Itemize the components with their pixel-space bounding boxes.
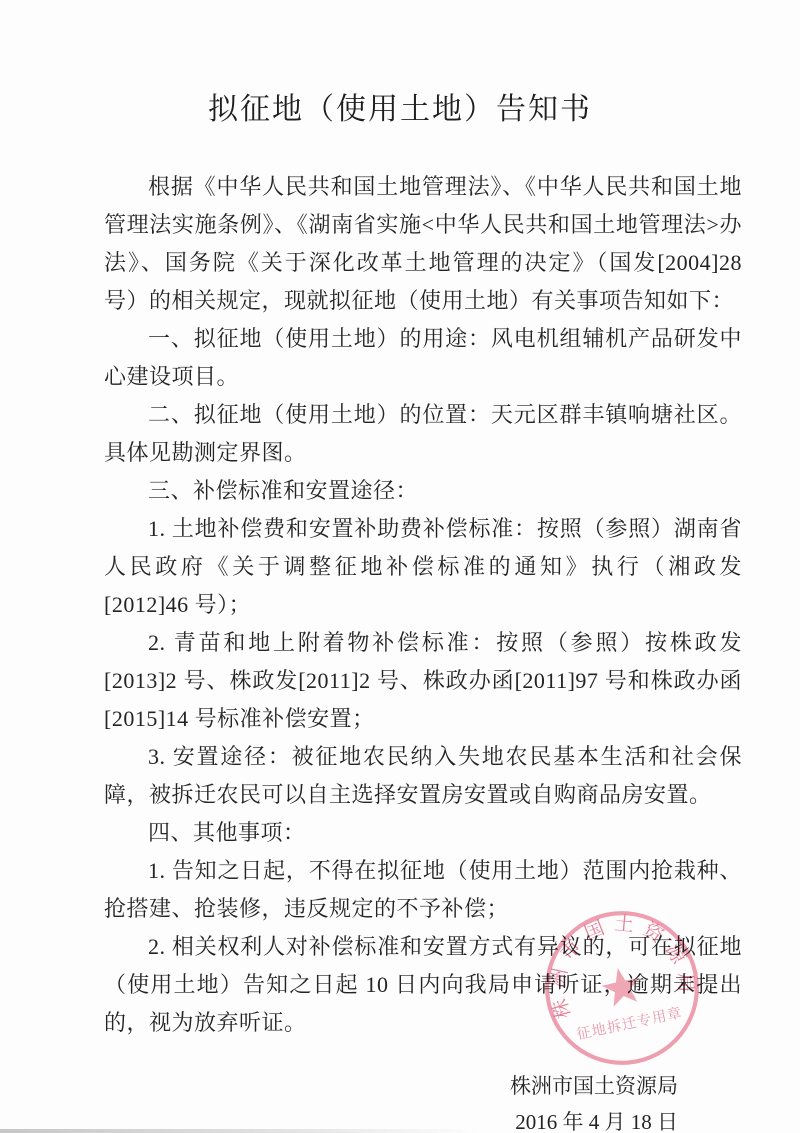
seal-bottom-text: 征地拆迁专用章 [575,1003,684,1043]
paragraph-compensation-item3: 3. 安置途径：被征地农民纳入失地农民基本生活和社会保障，被拆迁农民可以自主选择… [104,738,742,814]
document-page: 拟征地（使用土地）告知书 根据《中华人民共和国土地管理法》、《中华人民共和国土地… [0,0,800,1133]
official-seal: 株洲市国土资源局 征地拆迁专用章 [525,891,720,1086]
paragraph-compensation-heading: 三、补偿标准和安置途径： [104,472,742,510]
paragraph-compensation-item1: 1. 土地补偿费和安置补助费补偿标准：按照（参照）湖南省人民政府《关于调整征地补… [104,510,742,624]
signature-block: 株洲市国土资源局 2016 年 4 月 18 日 [0,1068,800,1133]
scan-edge-artifact [0,1129,480,1133]
seal-star-icon [599,964,645,1008]
document-title: 拟征地（使用土地）告知书 [0,0,800,134]
paragraph-purpose: 一、拟征地（使用土地）的用途：风电机组辅机产品研发中心建设项目。 [104,320,742,396]
paragraph-other-heading: 四、其他事项： [104,814,742,852]
paragraph-legal-basis: 根据《中华人民共和国土地管理法》、《中华人民共和国土地管理法实施条例》、《湖南省… [104,168,742,320]
paragraph-compensation-item2: 2. 青苗和地上附着物补偿标准：按照（参照）按株政发[2013]2 号、株政发[… [104,624,742,738]
paragraph-location: 二、拟征地（使用土地）的位置：天元区群丰镇响塘社区。具体见勘测定界图。 [104,396,742,472]
